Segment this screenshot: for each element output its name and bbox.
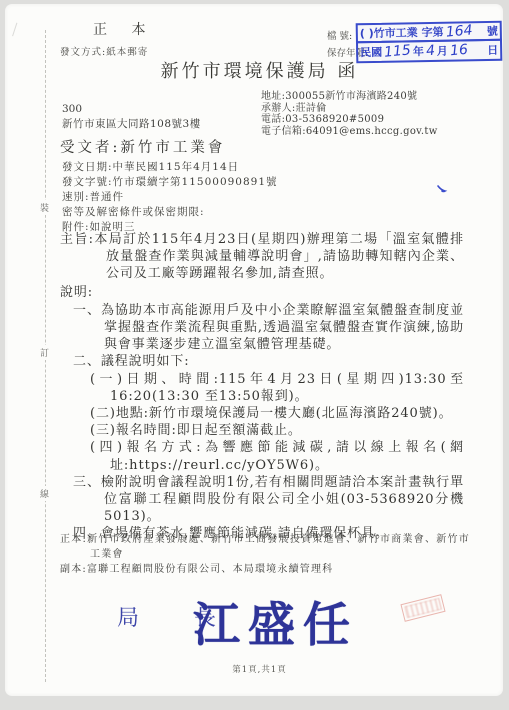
stamp-printed-text: ( )竹市工業 字第 — [360, 24, 444, 41]
original-recipients: 正本:新竹市政府產業發展處、新竹市工商發展投資策進會、新竹市商業會、新竹市工業會 — [60, 532, 470, 562]
recipient-street-address: 新竹市東區大同路108號3樓 — [62, 116, 201, 131]
item-text: 檢附說明會議程說明1份,若有相關問題請洽本案計畫執行單位富聯工程顧問股份有限公司… — [101, 475, 464, 524]
subitem-number: (二) — [90, 406, 116, 421]
scanned-letter-page: 裝 訂 線 正 本 發文方式:紙本郵寄 檔 號: 保存年限: ( )竹市工業 字… — [5, 4, 503, 696]
sender-contact-block: 地址:300055新竹市海濱路240號 承辦人:莊詩倫 電話:03-536892… — [261, 91, 438, 137]
sender-address: 地址:300055新竹市海濱路240號 — [261, 91, 438, 103]
stamp-day-unit: 日 — [487, 42, 498, 58]
original-label: 正本: — [60, 534, 87, 545]
stamp-handwritten-number: 164 — [445, 22, 473, 40]
signature-stamp: 江盛任 — [193, 588, 358, 655]
stamp-number-suffix: 號 — [487, 23, 498, 39]
delivery-method-label: 發文方式:紙本郵寄 — [60, 44, 148, 58]
subitem-text: 地點:新竹市環境保護局一樓大廳(北區海濱路240號)。 — [116, 406, 453, 421]
page-number-footer: 第1頁,共1頁 — [5, 663, 509, 675]
agenda-subitem-4: (四)報名方式:為響應節能減碳,請以線上報名(網址:https://reurl.… — [90, 439, 464, 473]
scan-artifact — [12, 23, 27, 40]
cc-list: 富聯工程顧問股份有限公司、本局環境永續管理科 — [87, 564, 333, 575]
explanation-item-3: 三、檢附說明會議程說明1份,若有相關問題請洽本案計畫執行單位富聯工程顧問股份有限… — [73, 474, 464, 526]
document-meta-block: 發文日期:中華民國115年4月14日 發文字號:竹市環續字第1150009089… — [62, 160, 278, 235]
sender-email: 電子信箱:64091@ems.hccg.gov.tw — [261, 126, 438, 138]
issue-date: 發文日期:中華民國115年4月14日 — [62, 160, 278, 175]
subitem-text: 日期、時間:115年4月23日(星期四)13:30至16:20(13:30 至1… — [110, 372, 464, 404]
item-number: 二、 — [73, 354, 101, 369]
distribution-block: 正本:新竹市政府產業發展處、新竹市工商發展投資策進會、新竹市商業會、新竹市工業會… — [60, 532, 470, 577]
item-number: 一、 — [73, 303, 101, 318]
subitem-number: (一) — [90, 372, 123, 387]
pen-check-mark — [436, 183, 450, 197]
explanation-label: 說明: — [60, 284, 464, 301]
document-title: 新竹市環境保護局 函 — [5, 57, 509, 83]
subitem-text: 報名時間:即日起至額滿截止。 — [116, 423, 302, 438]
agenda-subitem-2: (二)地點:新竹市環境保護局一樓大廳(北區海濱路240號)。 — [90, 405, 464, 422]
cc-recipients: 副本:富聯工程顧問股份有限公司、本局環境永續管理科 — [60, 562, 470, 577]
recipient-zip: 300 — [62, 103, 82, 115]
explanation-item-1: 一、為協助本市高能源用戶及中小企業瞭解溫室氣體盤查制度並掌握盤查作業流程與重點,… — [73, 302, 464, 354]
red-seal-stamp — [400, 594, 445, 622]
subitem-number: (四) — [90, 440, 123, 455]
subitem-number: (三) — [90, 423, 116, 438]
sender-contact-person: 承辦人:莊詩倫 — [261, 103, 438, 115]
binding-char-ding: 訂 — [40, 345, 49, 360]
item-text: 議程說明如下: — [101, 354, 190, 369]
issue-number: 發文字號:竹市環續字第11500090891號 — [62, 175, 278, 190]
sender-phone: 電話:03-5368920#5009 — [261, 114, 438, 126]
secrecy-level: 密等及解密條件或保密期限: — [62, 205, 278, 220]
binding-line: 裝 訂 線 — [45, 30, 46, 682]
original-list: 新竹市政府產業發展處、新竹市工商發展投資策進會、新竹市商業會、新竹市工業會 — [87, 534, 470, 560]
subject-label: 主旨: — [60, 232, 94, 247]
agenda-subitem-3: (三)報名時間:即日起至額滿截止。 — [90, 422, 464, 439]
item-text: 為協助本市高能源用戶及中小企業瞭解溫室氣體盤查制度並掌握盤查作業流程與重點,透過… — [101, 303, 464, 352]
subject-paragraph: 主旨:本局訂於115年4月23日(星期四)辦理第二場「溫室氣體排放量盤查作業與減… — [60, 231, 464, 283]
cc-label: 副本: — [60, 564, 87, 575]
file-number-label: 檔 號: — [327, 28, 352, 42]
letter-body: 主旨:本局訂於115年4月23日(星期四)辦理第二場「溫室氣體排放量盤查作業與減… — [60, 231, 464, 543]
subject-text: 本局訂於115年4月23日(星期四)辦理第二場「溫室氣體排放量盤查作業與減量輔導… — [94, 232, 464, 281]
copy-type-label: 正 本 — [93, 19, 155, 39]
item-number: 三、 — [73, 475, 101, 490]
binding-char-xian: 線 — [40, 486, 49, 501]
binding-char-zhuang: 裝 — [40, 200, 49, 215]
recipient-line: 受文者:新竹市工業會 — [60, 136, 225, 157]
delivery-speed: 速別:普通件 — [62, 190, 278, 205]
agenda-subitem-1: (一)日期、時間:115年4月23日(星期四)13:30至16:20(13:30… — [90, 371, 464, 405]
subitem-text: 報名方式:為響應節能減碳,請以線上報名(網址:https://reurl.cc/… — [110, 440, 464, 472]
explanation-item-2: 二、議程說明如下: — [73, 353, 464, 370]
